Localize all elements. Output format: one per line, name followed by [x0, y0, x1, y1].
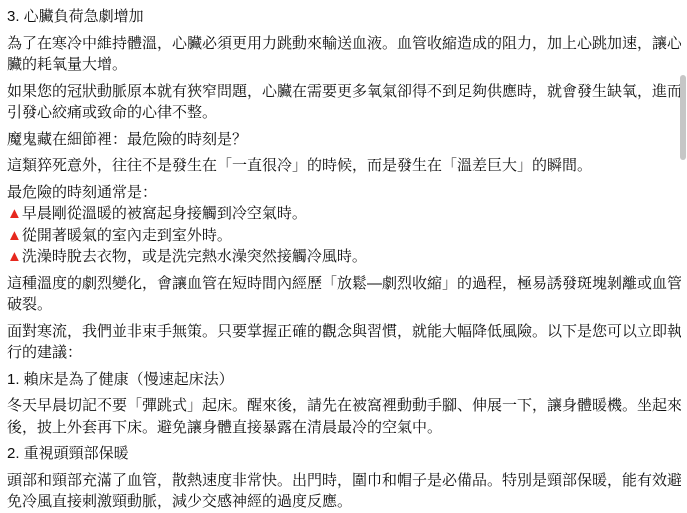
list-item-text: 早晨剛從溫暖的被窩起身接觸到冷空氣時。 [22, 205, 307, 222]
text-line: 後，披上外套再下床。避免讓身體直接暴露在清晨最冷的空氣中。 [7, 417, 681, 439]
text-line: 破裂。 [7, 294, 681, 316]
text-line: 為了在寒冷中維持體溫，心臟必須更用力跳動來輸送血液。血管收縮造成的阻力，加上心跳… [7, 33, 681, 55]
list-item: ▲從開著暖氣的室內走到室外時。 [7, 225, 681, 247]
list-intro: 最危險的時刻通常是： [7, 182, 681, 204]
text-line: 面對寒流，我們並非束手無策。只要掌握正確的觀念與習慣，就能大幅降低風險。以下是您… [7, 321, 681, 343]
para-tip2-detail: 頭部和頸部充滿了血管，散熱速度非常快。出門時，圍巾和帽子是必備品。特別是頸部保暖… [7, 470, 681, 513]
text-line: 魔鬼藏在細節裡：最危險的時刻是？ [7, 129, 681, 151]
warning-triangle-icon: ▲ [7, 248, 22, 265]
warning-triangle-icon: ▲ [7, 205, 22, 222]
para-tip1-detail: 冬天早晨切記不要「彈跳式」起床。醒來後，請先在被窩裡動動手腳、伸展一下，讓身體暖… [7, 395, 681, 438]
text-line: 頭部和頸部充滿了血管，散熱速度非常快。出門時，圍巾和帽子是必備品。特別是頸部保暖… [7, 470, 681, 492]
text-line: 如果您的冠狀動脈原本就有狹窄問題，心臟在需要更多氧氣卻得不到足夠供應時，就會發生… [7, 81, 681, 103]
warning-triangle-icon: ▲ [7, 227, 22, 244]
para-facing-cold-wave: 面對寒流，我們並非束手無策。只要掌握正確的觀念與習慣，就能大幅降低風險。以下是您… [7, 321, 681, 364]
text-line: 2. 重視頭頸部保暖 [7, 443, 681, 465]
list-item-text: 洗澡時脫去衣物，或是洗完熱水澡突然接觸冷風時。 [22, 248, 367, 265]
list-item-text: 從開著暖氣的室內走到室外時。 [22, 227, 232, 244]
text-line: 免冷風直接刺激頸動脈，減少交感神經的過度反應。 [7, 491, 681, 513]
para-temperature-change: 這種溫度的劇烈變化，會讓血管在短時間內經歷「放鬆—劇烈收縮」的過程，極易誘發斑塊… [7, 273, 681, 316]
vertical-scrollbar-thumb[interactable] [680, 75, 686, 160]
para-heart-workload: 為了在寒冷中維持體溫，心臟必須更用力跳動來輸送血液。血管收縮造成的阻力，加上心跳… [7, 33, 681, 76]
list-dangerous-moments: 最危險的時刻通常是： ▲早晨剛從溫暖的被窩起身接觸到冷空氣時。 ▲從開著暖氣的室… [7, 182, 681, 268]
heading-tip1-slow-rise: 1. 賴床是為了健康（慢速起床法） [7, 369, 681, 391]
text-line: 冬天早晨切記不要「彈跳式」起床。醒來後，請先在被窩裡動動手腳、伸展一下，讓身體暖… [7, 395, 681, 417]
para-sudden-death-timing: 這類猝死意外，往往不是發生在「一直很冷」的時候，而是發生在「溫差巨大」的瞬間。 [7, 155, 681, 177]
article-text-page: 3. 心臟負荷急劇增加 為了在寒冷中維持體溫，心臟必須更用力跳動來輸送血液。血管… [0, 0, 687, 513]
text-line: 行的建議： [7, 342, 681, 364]
text-line: 臟的耗氧量大增。 [7, 54, 681, 76]
text-line: 這類猝死意外，往往不是發生在「一直很冷」的時候，而是發生在「溫差巨大」的瞬間。 [7, 155, 681, 177]
text-line: 這種溫度的劇烈變化，會讓血管在短時間內經歷「放鬆—劇烈收縮」的過程，極易誘發斑塊… [7, 273, 681, 295]
text-line: 3. 心臟負荷急劇增加 [7, 6, 681, 28]
list-item: ▲早晨剛從溫暖的被窩起身接觸到冷空氣時。 [7, 203, 681, 225]
list-item: ▲洗澡時脫去衣物，或是洗完熱水澡突然接觸冷風時。 [7, 246, 681, 268]
heading-heart-load: 3. 心臟負荷急劇增加 [7, 6, 681, 28]
heading-devil-in-details: 魔鬼藏在細節裡：最危險的時刻是？ [7, 129, 681, 151]
text-line: 1. 賴床是為了健康（慢速起床法） [7, 369, 681, 391]
text-line: 引發心絞痛或致命的心律不整。 [7, 102, 681, 124]
heading-tip2-head-neck: 2. 重視頭頸部保暖 [7, 443, 681, 465]
para-coronary-narrowing: 如果您的冠狀動脈原本就有狹窄問題，心臟在需要更多氧氣卻得不到足夠供應時，就會發生… [7, 81, 681, 124]
